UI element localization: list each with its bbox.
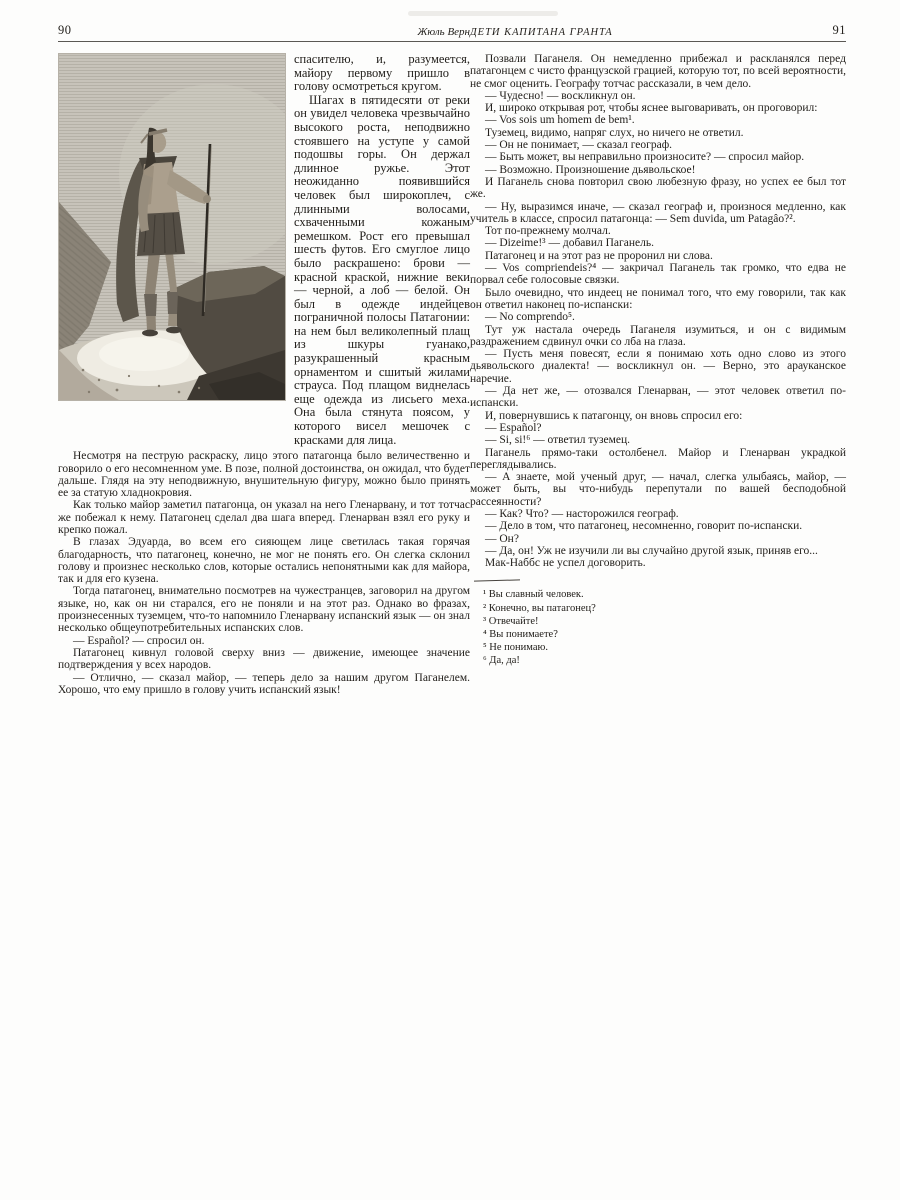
paragraph: В глазах Эдуарда, во всем его сияющем ли…	[58, 536, 470, 585]
paragraph: Тут уж настала очередь Паганеля изумитьс…	[470, 324, 846, 349]
paragraph: И, повернувшись к патагонцу, он вновь сп…	[470, 410, 846, 422]
paragraph: Было очевидно, что индеец не понимал тог…	[470, 287, 846, 312]
footnote-divider	[474, 580, 520, 582]
running-head-left: 90 Жюль Верн	[58, 22, 470, 42]
footnote: ⁶ Да, да!	[483, 654, 846, 667]
paragraph: — А знаете, мой ученый друг, — начал, сл…	[470, 471, 846, 508]
paragraph: — Ну, выразимся иначе, — сказал географ …	[470, 201, 846, 226]
paragraph: — Español? — спросил он.	[58, 635, 470, 647]
paragraph: — Español?	[470, 422, 846, 434]
page-90: 90 Жюль Верн	[58, 22, 470, 696]
patagonian-illustration	[58, 53, 286, 401]
paragraph: — Он?	[470, 533, 846, 545]
paragraph: — Он не понимает, — сказал географ.	[470, 139, 846, 151]
paragraph: Мак-Наббс не успел договорить.	[470, 557, 846, 569]
paragraph: Тот по-прежнему молчал.	[470, 225, 846, 237]
paragraph: — Чудесно! — воскликнул он.	[470, 90, 846, 102]
page-number-right: 91	[833, 23, 847, 38]
footnote: ⁴ Вы понимаете?	[483, 628, 846, 641]
page-number-left: 90	[58, 23, 72, 38]
running-title-book: ДЕТИ КАПИТАНА ГРАНТА	[470, 27, 613, 38]
footnote: ⁵ Не понимаю.	[483, 641, 846, 654]
paragraph: — No comprendo⁵.	[470, 311, 846, 323]
paragraph: Позвали Паганеля. Он немедленно прибежал…	[470, 53, 846, 90]
paragraph: — Дело в том, что патагонец, несомненно,…	[470, 520, 846, 532]
paragraph: — Vos sois um homem de bem¹.	[470, 114, 846, 126]
running-title-author: Жюль Верн	[417, 26, 470, 38]
paragraph: Несмотря на пеструю раскраску, лицо этог…	[58, 450, 470, 499]
footnote: ² Конечно, вы патагонец?	[483, 602, 846, 615]
right-page-text: Позвали Паганеля. Он немедленно прибежал…	[470, 53, 846, 569]
paragraph: — Да нет же, — отозвался Гленарван, — эт…	[470, 385, 846, 410]
photo-smudge	[408, 11, 558, 16]
paragraph: — Отлично, — сказал майор, — теперь дело…	[58, 672, 470, 697]
left-page-text: Несмотря на пеструю раскраску, лицо этог…	[58, 450, 470, 696]
paragraph: Паганель прямо-таки остолбенел. Майор и …	[470, 447, 846, 472]
paragraph: спасителю, и, разумеется, майору первому…	[294, 53, 470, 94]
footnotes: ¹ Вы славный человек.² Конечно, вы патаг…	[470, 588, 846, 667]
book-spread-scan: 90 Жюль Верн	[0, 0, 900, 1200]
paragraph: И, широко открывая рот, чтобы яснее выго…	[470, 102, 846, 114]
page-91: ДЕТИ КАПИТАНА ГРАНТА 91 Позвали Паганеля…	[470, 22, 846, 668]
paragraph: — Si, si!⁶ — ответил туземец.	[470, 434, 846, 446]
paragraph: — Dizeime!³ — добавил Паганель.	[470, 237, 846, 249]
paragraph: Патагонец и на этот раз не проронил ни с…	[470, 250, 846, 262]
narrow-text-column: спасителю, и, разумеется, майору первому…	[294, 53, 470, 447]
paragraph: Туземец, видимо, напряг слух, но ничего …	[470, 127, 846, 139]
footnote: ³ Отвечайте!	[483, 615, 846, 628]
paragraph: Шагах в пятидесяти от реки он увидел чел…	[294, 94, 470, 447]
paragraph: Патагонец кивнул головой сверху вниз — д…	[58, 647, 470, 672]
paragraph: И Паганель снова повторил свою любезную …	[470, 176, 846, 201]
running-head-right: ДЕТИ КАПИТАНА ГРАНТА 91	[470, 22, 846, 42]
footnote: ¹ Вы славный человек.	[483, 588, 846, 601]
paragraph: — Vos compriendeis?⁴ — закричал Паганель…	[470, 262, 846, 287]
paragraph: — Как? Что? — насторожился географ.	[470, 508, 846, 520]
paragraph: — Возможно. Произношение дьявольское!	[470, 164, 846, 176]
paragraph: — Пусть меня повесят, если я понимаю хот…	[470, 348, 846, 385]
page-90-body: спасителю, и, разумеется, майору первому…	[58, 53, 470, 696]
paragraph: — Быть может, вы неправильно произносите…	[470, 151, 846, 163]
engraving-svg	[59, 54, 285, 400]
paragraph: — Да, он! Уж не изучили ли вы случайно д…	[470, 545, 846, 557]
illustration-row: спасителю, и, разумеется, майору первому…	[58, 53, 470, 447]
paragraph: Как только майор заметил патагонца, он у…	[58, 499, 470, 536]
paragraph: Тогда патагонец, внимательно посмотрев н…	[58, 585, 470, 634]
